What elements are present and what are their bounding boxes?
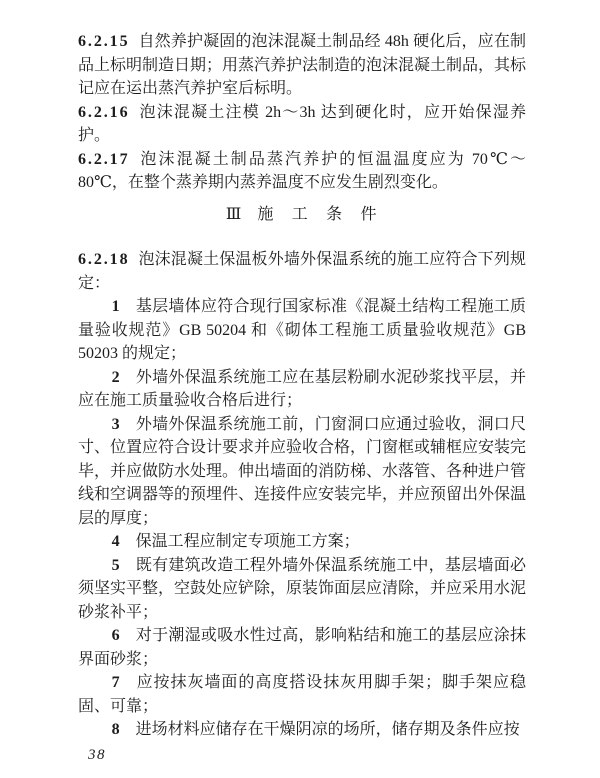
clause-6-2-18: 6.2.18泡沫混凝土保温板外墙外保温系统的施工应符合下列规定： bbox=[78, 248, 526, 295]
item-text: 既有建筑改造工程外墙外保温系统施工中，基层墙面必须坚实平整，空鼓处应铲除，原装饰… bbox=[78, 557, 526, 621]
document-page: 6.2.15自然养护凝固的泡沫混凝土制品经 48h 硬化后，应在制品上标明制造日… bbox=[0, 0, 600, 778]
item-text: 对于潮湿或吸水性过高，影响粘结和施工的基层应涂抹界面砂浆； bbox=[78, 627, 526, 668]
item-text: 进场材料应储存在干燥阴凉的场所，储存期及条件应按 bbox=[136, 721, 520, 738]
list-item-5: 5既有建筑改造工程外墙外保温系统施工中，基层墙面必须坚实平整，空鼓处应铲除，原装… bbox=[78, 554, 526, 625]
item-text: 保温工程应制定专项施工方案； bbox=[136, 533, 360, 550]
item-number: 4 bbox=[112, 533, 136, 550]
list-item-8: 8进场材料应储存在干燥阴凉的场所，储存期及条件应按 bbox=[78, 718, 526, 742]
clause-6-2-16: 6.2.16泡沫混凝土注模 2h～3h 达到硬化时，应开始保湿养护。 bbox=[78, 101, 526, 148]
clause-6-2-15: 6.2.15自然养护凝固的泡沫混凝土制品经 48h 硬化后，应在制品上标明制造日… bbox=[78, 30, 526, 101]
item-number: 1 bbox=[112, 298, 136, 315]
section-heading-label: 施 工 条 件 bbox=[257, 206, 378, 223]
list-item-2: 2外墙外保温系统施工应在基层粉刷水泥砂浆找平层，并应在施工质量验收合格后进行； bbox=[78, 366, 526, 413]
clause-number: 6.2.15 bbox=[78, 33, 138, 50]
clause-text: 泡沫混凝土保温板外墙外保温系统的施工应符合下列规定： bbox=[78, 251, 526, 292]
item-text: 应按抹灰墙面的高度搭设抹灰用脚手架；脚手架应稳固、可靠； bbox=[78, 674, 526, 715]
item-text: 外墙外保温系统施工应在基层粉刷水泥砂浆找平层，并应在施工质量验收合格后进行； bbox=[78, 369, 526, 410]
list-item-7: 7应按抹灰墙面的高度搭设抹灰用脚手架；脚手架应稳固、可靠； bbox=[78, 671, 526, 718]
page-number: 38 bbox=[88, 744, 106, 768]
clause-6-2-17: 6.2.17泡沫混凝土制品蒸汽养护的恒温温度应为 70℃～80℃，在整个蒸养期内… bbox=[78, 148, 526, 195]
list-item-1: 1基层墙体应符合现行国家标准《混凝土结构工程施工质量验收规范》GB 50204 … bbox=[78, 295, 526, 366]
clause-number: 6.2.17 bbox=[78, 151, 138, 168]
item-text: 外墙外保温系统施工前，门窗洞口应通过验收，洞口尺寸、位置应符合设计要求并应验收合… bbox=[78, 416, 526, 527]
item-number: 3 bbox=[112, 416, 136, 433]
clause-text: 泡沫混凝土注模 2h～3h 达到硬化时，应开始保湿养护。 bbox=[78, 104, 526, 145]
section-roman-numeral: Ⅲ bbox=[226, 206, 241, 223]
section-heading-construction-conditions: Ⅲ施 工 条 件 bbox=[78, 203, 526, 227]
clause-text: 自然养护凝固的泡沫混凝土制品经 48h 硬化后，应在制品上标明制造日期；用蒸汽养… bbox=[78, 33, 526, 97]
list-item-3: 3外墙外保温系统施工前，门窗洞口应通过验收，洞口尺寸、位置应符合设计要求并应验收… bbox=[78, 413, 526, 531]
item-number: 8 bbox=[112, 721, 136, 738]
item-number: 6 bbox=[112, 627, 136, 644]
item-number: 5 bbox=[112, 557, 136, 574]
item-number: 7 bbox=[112, 674, 136, 691]
clause-number: 6.2.16 bbox=[78, 104, 138, 121]
item-number: 2 bbox=[112, 369, 136, 386]
list-item-6: 6对于潮湿或吸水性过高，影响粘结和施工的基层应涂抹界面砂浆； bbox=[78, 624, 526, 671]
list-item-4: 4保温工程应制定专项施工方案； bbox=[78, 530, 526, 554]
item-text: 基层墙体应符合现行国家标准《混凝土结构工程施工质量验收规范》GB 50204 和… bbox=[78, 298, 526, 362]
clause-number: 6.2.18 bbox=[78, 251, 138, 268]
clause-text: 泡沫混凝土制品蒸汽养护的恒温温度应为 70℃～80℃，在整个蒸养期内蒸养温度不应… bbox=[78, 151, 526, 192]
